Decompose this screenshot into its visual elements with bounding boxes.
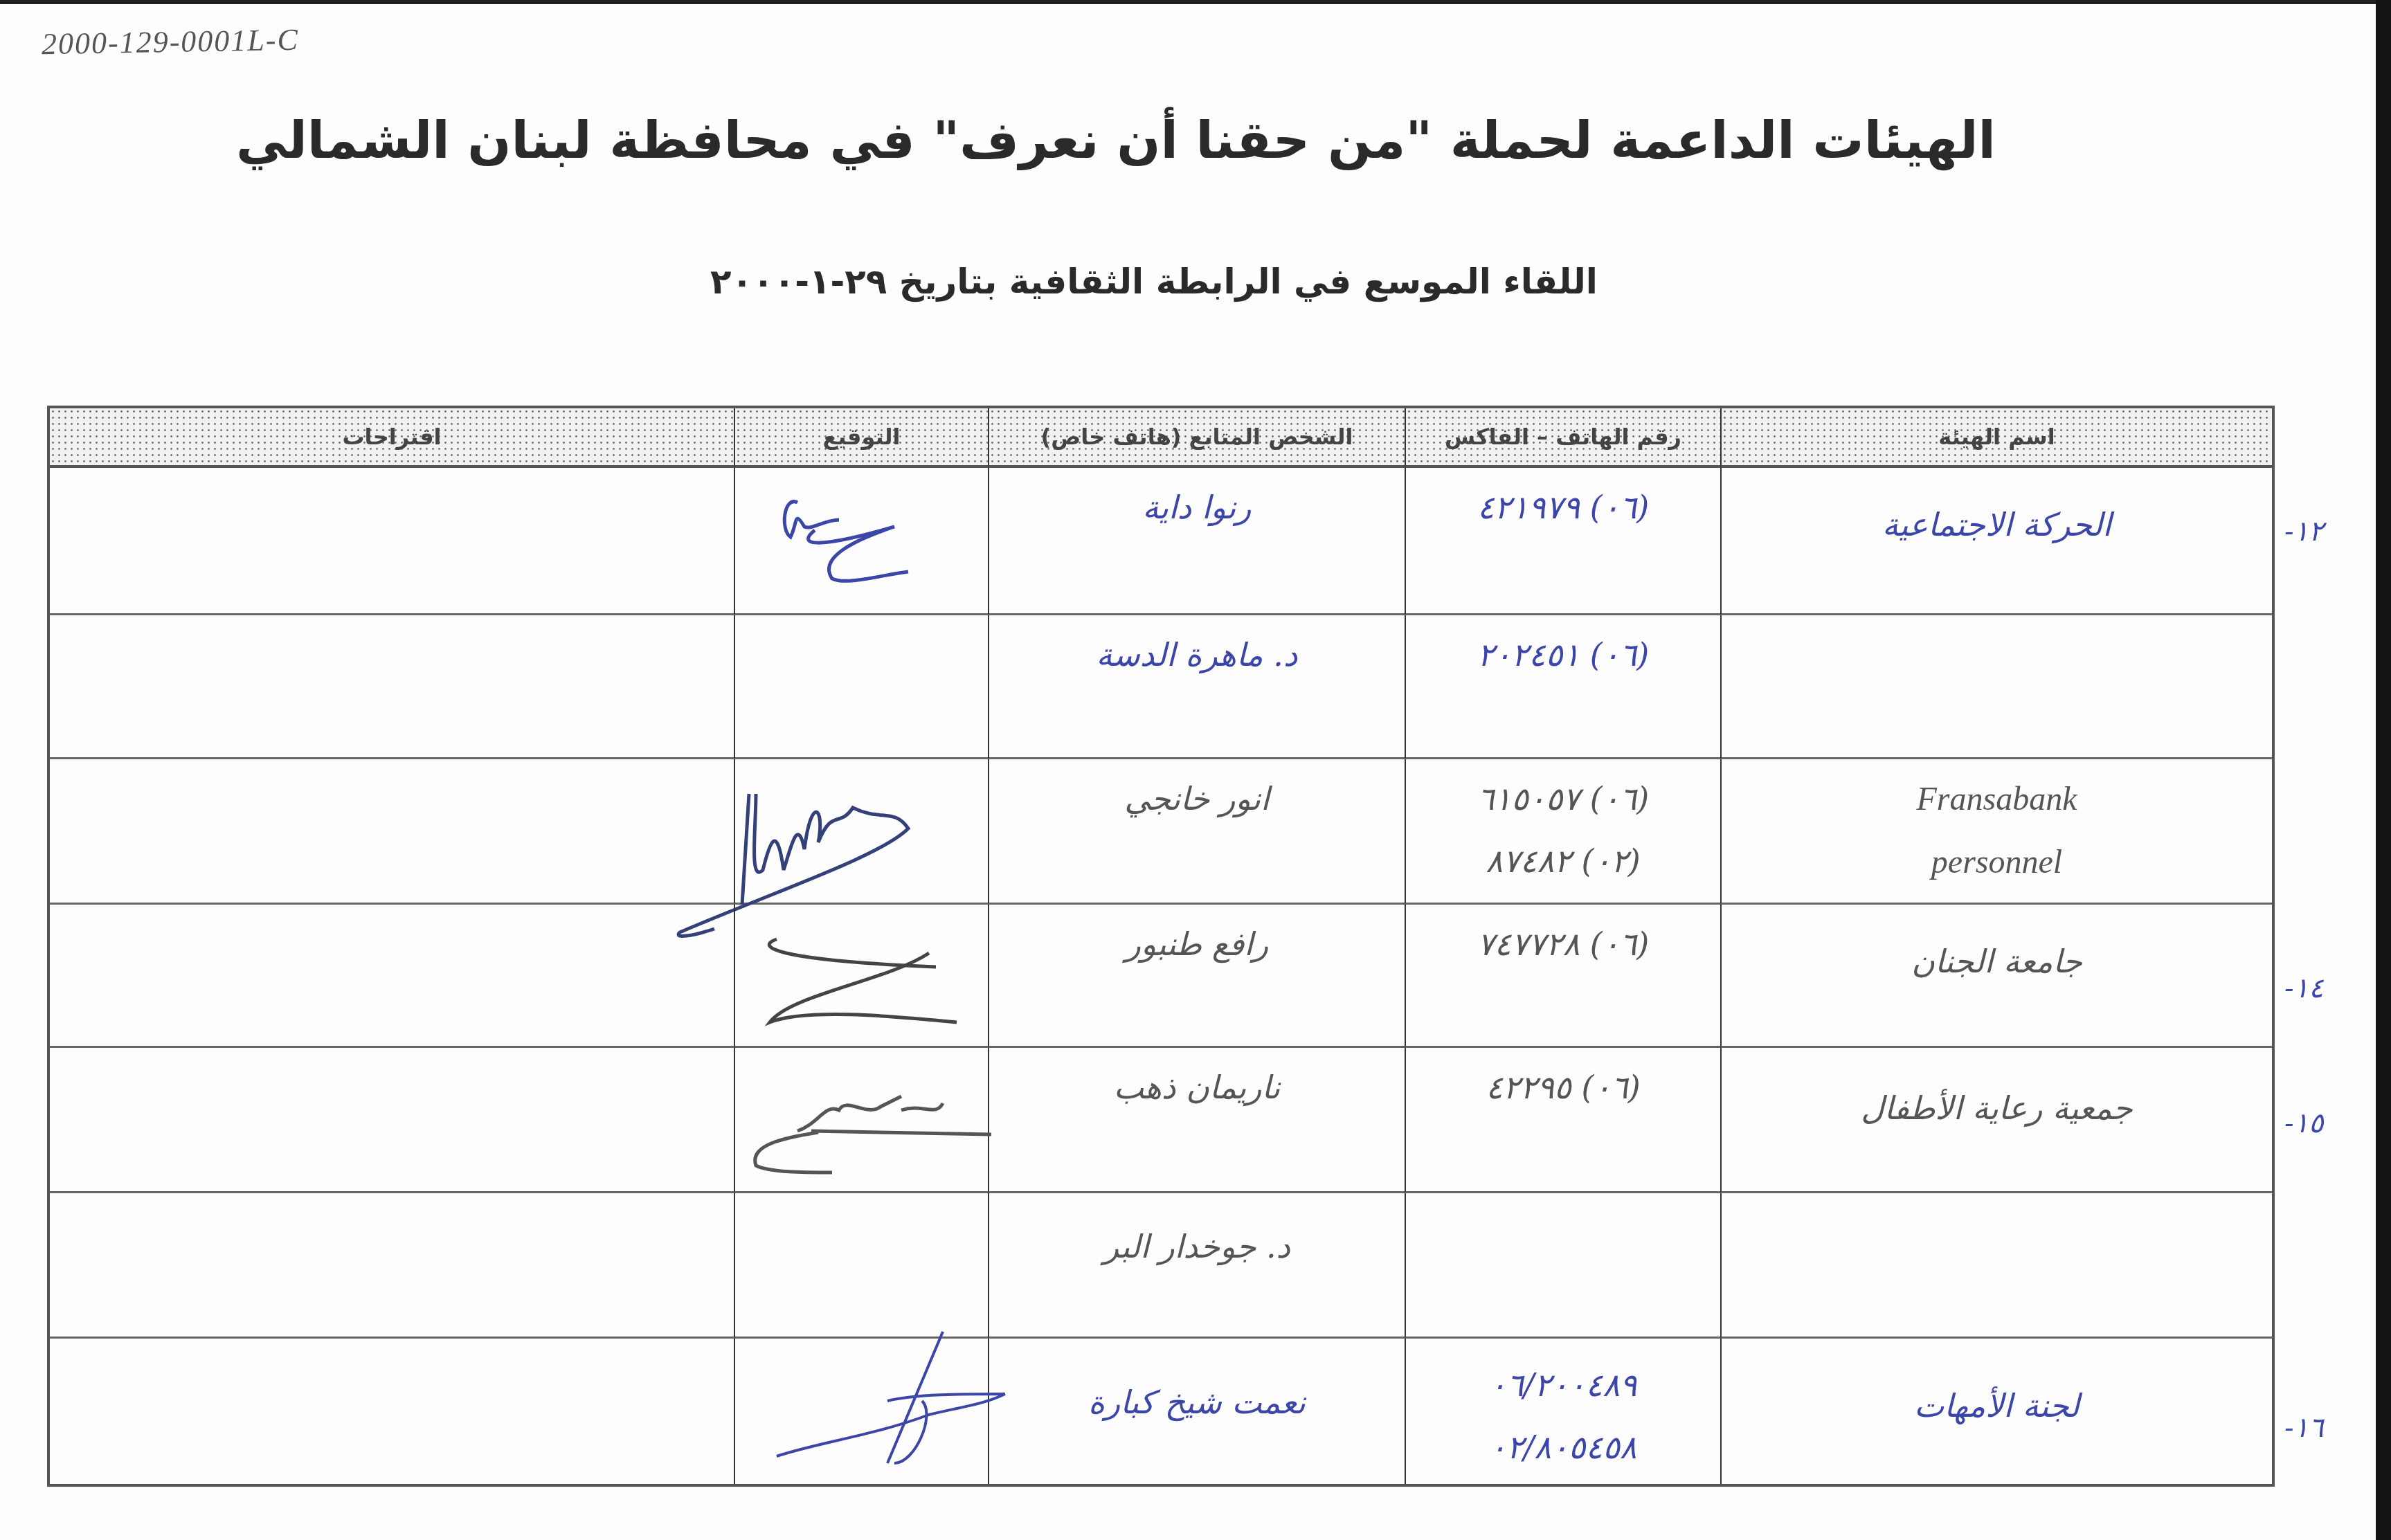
cell-signature (734, 1193, 988, 1339)
cell-suggestions (50, 1048, 734, 1193)
cell-phone-fax: (٠٦) ٢٠٢٤٥١ (1405, 615, 1720, 759)
header-signature: التوقيع (734, 408, 988, 468)
scan-right-edge (2376, 0, 2391, 1540)
cell-phone-fax: (٠٦) ٤٢٢٩٥ (1405, 1048, 1720, 1193)
signature-icon (749, 1325, 1026, 1477)
cell-phone-fax: (٠٦) ٧٤٧٧٢٨ (1405, 905, 1720, 1048)
header-contact-person: الشخص المتابع (هاتف خاص) (988, 408, 1405, 468)
cell-suggestions (50, 759, 734, 905)
cell-organization (1720, 615, 2272, 759)
table-row: لجنة الأمهات ٠٦/٢٠٠٤٨٩٠٢/٨٠٥٤٥٨ نعمت شيخ… (50, 1339, 2272, 1484)
header-organization: اسم الهيئة (1720, 408, 2272, 468)
table-row: الحركة الاجتماعية (٠٦) ٤٢١٩٧٩ رنوا داية (50, 468, 2272, 615)
cell-suggestions (50, 615, 734, 759)
cell-contact-person: ناريمان ذهب (988, 1048, 1405, 1193)
table-row: Fransabankpersonnel (٠٦) ٦١٥٠٥٧(٠٢) ٨٧٤٨… (50, 759, 2272, 905)
table-header-row: اسم الهيئة رقم الهاتف – الفاكس الشخص الم… (50, 408, 2272, 468)
cell-signature (734, 1048, 988, 1193)
cell-phone-fax: ٠٦/٢٠٠٤٨٩٠٢/٨٠٥٤٥٨ (1405, 1339, 1720, 1484)
document-subtitle: اللقاء الموسع في الرابطة الثقافية بتاريخ… (0, 262, 2391, 302)
cell-phone-fax (1405, 1193, 1720, 1339)
cell-contact-person: د. جوخدار البر (988, 1193, 1405, 1339)
cell-organization: لجنة الأمهات (1720, 1339, 2272, 1484)
header-suggestions: اقتراحات (50, 408, 734, 468)
cell-organization: جمعية رعاية الأطفال (1720, 1048, 2272, 1193)
cell-contact-person: رنوا داية (988, 468, 1405, 615)
cell-suggestions (50, 1193, 734, 1339)
cell-contact-person: انور خانجي (988, 759, 1405, 905)
reference-number: 2000-129-0001L-C (42, 22, 300, 62)
table-row: (٠٦) ٢٠٢٤٥١ د. ماهرة الدسة (50, 615, 2272, 759)
row-number: ١٦- (2284, 1412, 2323, 1444)
cell-contact-person: رافع طنبور (988, 905, 1405, 1048)
cell-signature (734, 905, 988, 1048)
signature-icon (770, 489, 998, 592)
cell-phone-fax: (٠٦) ٤٢١٩٧٩ (1405, 468, 1720, 615)
row-number: ١٤- (2284, 972, 2323, 1004)
document-title: الهيئات الداعمة لحملة "من حقنا أن نعرف" … (0, 111, 2391, 170)
table-row: جمعية رعاية الأطفال (٠٦) ٤٢٢٩٥ ناريمان ذ… (50, 1048, 2272, 1193)
signature-icon (749, 932, 977, 1036)
cell-organization: Fransabankpersonnel (1720, 759, 2272, 905)
cell-signature (734, 759, 988, 905)
cell-contact-person: د. ماهرة الدسة (988, 615, 1405, 759)
cell-organization: جامعة الجنان (1720, 905, 2272, 1048)
cell-suggestions (50, 1339, 734, 1484)
cell-organization: الحركة الاجتماعية (1720, 468, 2272, 615)
scan-top-edge (0, 0, 2391, 4)
table-row: د. جوخدار البر (50, 1193, 2272, 1339)
table-row: جامعة الجنان (٠٦) ٧٤٧٧٢٨ رافع طنبور (50, 905, 2272, 1048)
signature-icon (742, 1069, 991, 1179)
cell-signature (734, 1339, 988, 1484)
cell-suggestions (50, 905, 734, 1048)
supporters-table: اسم الهيئة رقم الهاتف – الفاكس الشخص الم… (47, 406, 2275, 1487)
cell-organization (1720, 1193, 2272, 1339)
cell-suggestions (50, 468, 734, 615)
header-phone-fax: رقم الهاتف – الفاكس (1405, 408, 1720, 468)
row-number: ١٢- (2284, 516, 2323, 547)
cell-phone-fax: (٠٦) ٦١٥٠٥٧(٠٢) ٨٧٤٨٢ (1405, 759, 1720, 905)
cell-signature (734, 468, 988, 615)
row-number: ١٥- (2284, 1107, 2323, 1139)
cell-contact-person: نعمت شيخ كبارة (988, 1339, 1405, 1484)
cell-signature (734, 615, 988, 759)
